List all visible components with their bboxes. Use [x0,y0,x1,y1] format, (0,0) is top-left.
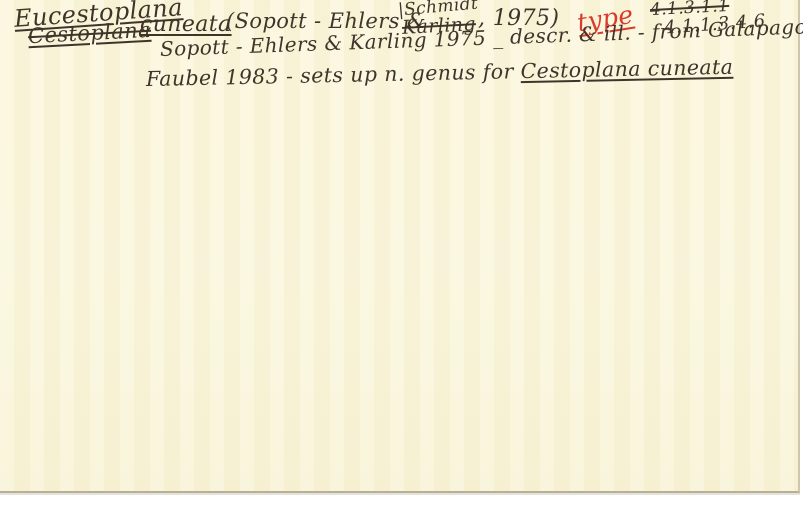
species-epithet: cuneata [140,13,232,37]
reference-entry-faubel-1983: Faubel 1983 - sets up n. genus for Cesto… [146,56,734,91]
species-reference-underlined: Cestoplana cuneata [520,55,733,83]
genus-name-struck-out: Cestoplana [27,19,151,49]
reference-entry-text: Faubel 1983 - sets up n. genus for [146,59,521,91]
index-card: Eucestoplana Cestoplana cuneata (Sopott … [0,0,800,493]
scanned-page: Eucestoplana Cestoplana cuneata (Sopott … [0,0,803,506]
